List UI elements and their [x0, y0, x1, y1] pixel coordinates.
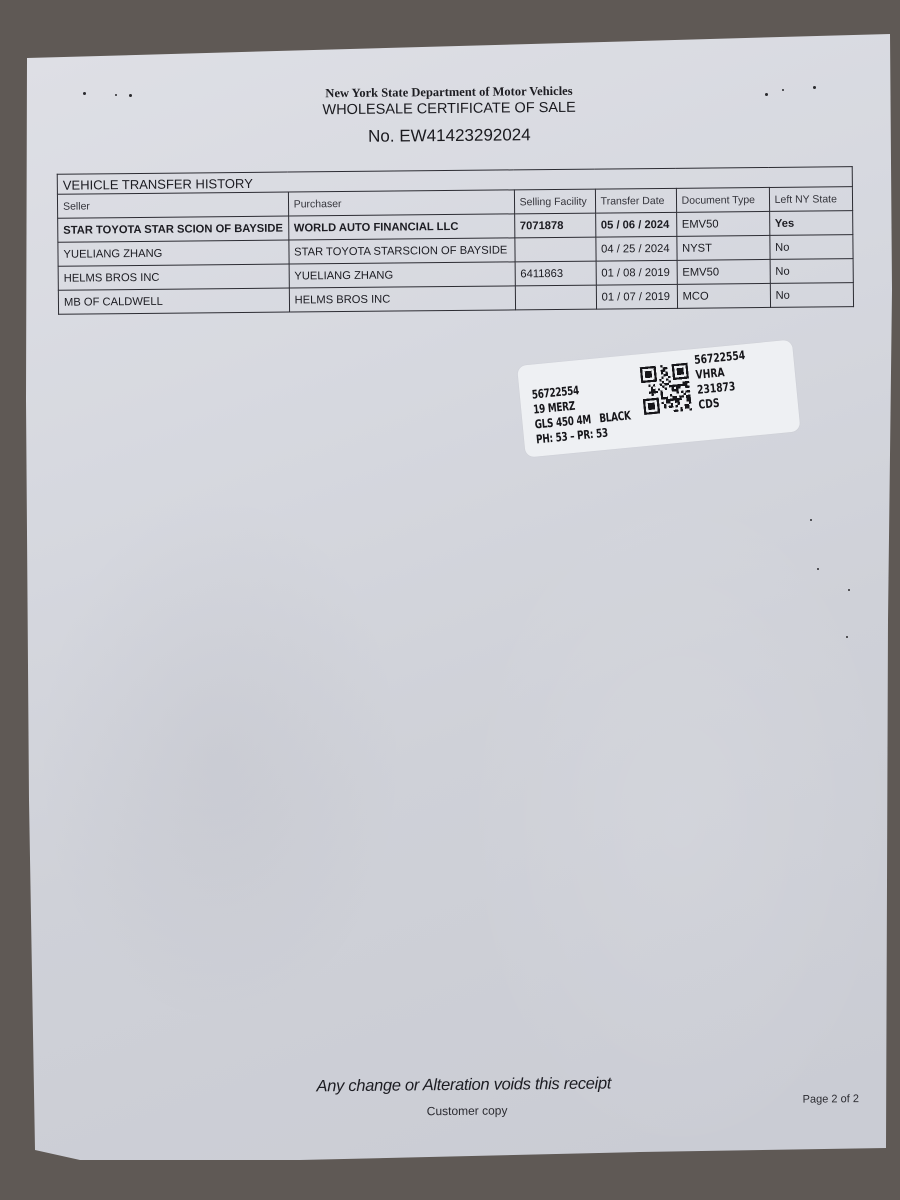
selling-facility-cell: 7071878 — [514, 213, 595, 238]
document-title: WHOLESALE CERTIFICATE OF SALE — [289, 99, 609, 118]
column-header-purchaser: Purchaser — [288, 190, 514, 216]
purchaser-cell: YUELIANG ZHANG — [289, 262, 515, 288]
selling-facility-cell: 6411863 — [515, 261, 596, 286]
document-type-cell: EMV50 — [677, 259, 770, 284]
purchaser-cell: WORLD AUTO FINANCIAL LLC — [288, 214, 514, 240]
left-ny-state-cell: No — [770, 259, 853, 284]
page-number: Page 2 of 2 — [803, 1093, 859, 1106]
transfer-date-cell: 05 / 06 / 2024 — [595, 212, 676, 237]
selling-facility-cell — [514, 237, 595, 262]
purchaser-cell: HELMS BROS INC — [289, 286, 515, 312]
left-ny-state-cell: No — [770, 283, 853, 308]
column-header-transfer-date: Transfer Date — [595, 188, 676, 213]
document-type-cell: NYST — [676, 235, 769, 260]
document-type-cell: MCO — [677, 283, 770, 308]
column-header-selling-facility: Selling Facility — [514, 189, 595, 214]
sticker-right-text: 56722554 VHRA 231873 CDS — [694, 347, 760, 412]
column-header-document-type: Document Type — [676, 187, 769, 212]
alteration-notice: Any change or Alteration voids this rece… — [316, 1074, 626, 1096]
selling-facility-cell — [515, 285, 596, 310]
left-ny-state-cell: No — [769, 235, 852, 260]
certificate-number: No. EW41423292024 — [299, 125, 599, 148]
seller-cell: YUELIANG ZHANG — [58, 240, 289, 266]
customer-copy-label: Customer copy — [427, 1103, 508, 1118]
transfer-date-cell: 01 / 08 / 2019 — [596, 260, 677, 285]
transfer-date-cell: 04 / 25 / 2024 — [595, 236, 676, 261]
document-type-cell: EMV50 — [676, 211, 769, 236]
certificate: New York State Department of Motor Vehic… — [0, 0, 900, 1200]
seller-cell: STAR TOYOTA STAR SCION OF BAYSIDE — [58, 216, 289, 242]
agency-name: New York State Department of Motor Vehic… — [299, 84, 599, 102]
vehicle-transfer-history-table: VEHICLE TRANSFER HISTORY Seller Purchase… — [57, 166, 854, 315]
column-header-seller: Seller — [57, 192, 288, 218]
qr-code-icon — [640, 363, 692, 415]
transfer-date-cell: 01 / 07 / 2019 — [596, 284, 677, 309]
purchaser-cell: STAR TOYOTA STARSCION OF BAYSIDE — [289, 238, 515, 264]
column-header-left-ny-state: Left NY State — [769, 187, 852, 212]
seller-cell: MB OF CALDWELL — [58, 288, 289, 314]
seller-cell: HELMS BROS INC — [58, 264, 289, 290]
left-ny-state-cell: Yes — [769, 211, 852, 236]
sticker-left-text: 56722554 19 MERZ GLS 450 4M BLACK PH: 53… — [531, 376, 654, 447]
